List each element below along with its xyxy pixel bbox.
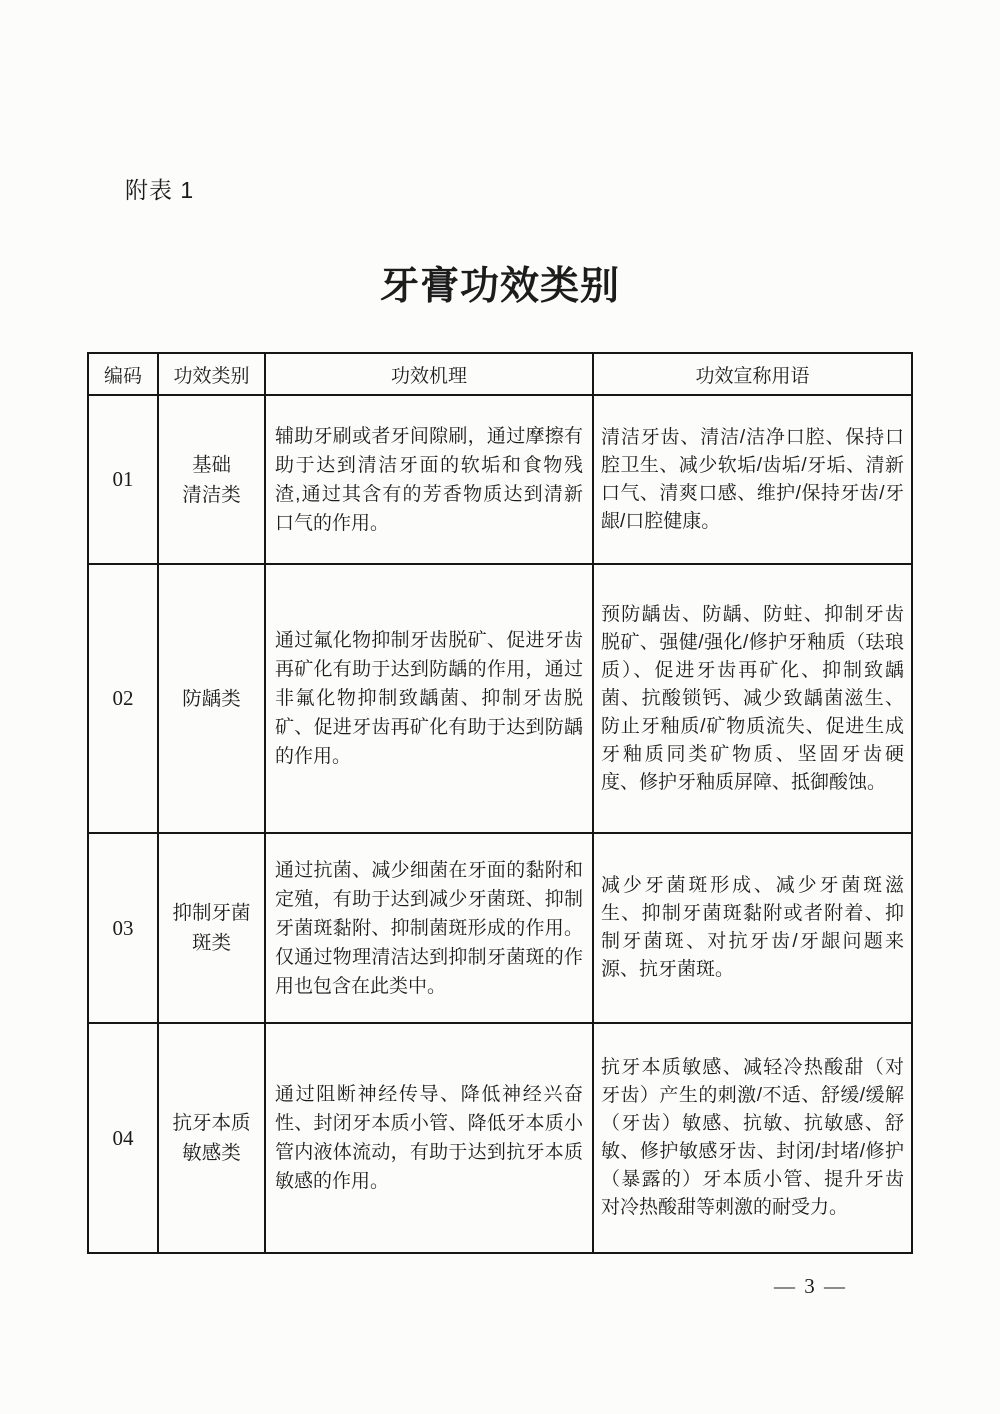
cell-code: 04 xyxy=(88,1023,158,1253)
cell-code: 02 xyxy=(88,564,158,833)
table-row: 01 基础 清洁类 辅助牙刷或者牙间隙刷，通过摩擦有助于达到清洁牙面的软垢和食物… xyxy=(88,395,912,564)
table-row: 03 抑制牙菌 斑类 通过抗菌、减少细菌在牙面的黏附和定殖，有助于达到减少牙菌斑… xyxy=(88,833,912,1023)
cell-mechanism: 辅助牙刷或者牙间隙刷，通过摩擦有助于达到清洁牙面的软垢和食物残渣,通过其含有的芳… xyxy=(265,395,593,564)
cell-mechanism: 通过氟化物抑制牙齿脱矿、促进牙齿再矿化有助于达到防龋的作用，通过非氟化物抑制致龋… xyxy=(265,564,593,833)
table-row: 04 抗牙本质 敏感类 通过阻断神经传导、降低神经兴奋性、封闭牙本质小管、降低牙… xyxy=(88,1023,912,1253)
table-header-row: 编码 功效类别 功效机理 功效宣称用语 xyxy=(88,353,912,395)
column-header-claims: 功效宣称用语 xyxy=(593,353,912,395)
attachment-table-label: 附表 1 xyxy=(125,172,194,205)
column-header-code: 编码 xyxy=(88,353,158,395)
cell-category: 抑制牙菌 斑类 xyxy=(158,833,265,1023)
cell-category: 基础 清洁类 xyxy=(158,395,265,564)
table-row: 02 防龋类 通过氟化物抑制牙齿脱矿、促进牙齿再矿化有助于达到防龋的作用，通过非… xyxy=(88,564,912,833)
cell-claims: 减少牙菌斑形成、减少牙菌斑滋生、抑制牙菌斑黏附或者附着、抑制牙菌斑、对抗牙齿/牙… xyxy=(593,833,912,1023)
column-header-mechanism: 功效机理 xyxy=(265,353,593,395)
document-page: 附表 1 牙膏功效类别 编码 功效类别 功效机理 功效宣称用语 01 基础 清洁… xyxy=(0,0,1000,1414)
cell-claims: 抗牙本质敏感、减轻冷热酸甜（对牙齿）产生的刺激/不适、舒缓/缓解（牙齿）敏感、抗… xyxy=(593,1023,912,1253)
cell-claims: 清洁牙齿、清洁/洁净口腔、保持口腔卫生、减少软垢/齿垢/牙垢、清新口气、清爽口感… xyxy=(593,395,912,564)
cell-mechanism: 通过抗菌、减少细菌在牙面的黏附和定殖，有助于达到减少牙菌斑、抑制牙菌斑黏附、抑制… xyxy=(265,833,593,1023)
cell-mechanism: 通过阻断神经传导、降低神经兴奋性、封闭牙本质小管、降低牙本质小管内液体流动，有助… xyxy=(265,1023,593,1253)
page-number: — 3 — xyxy=(774,1274,847,1299)
cell-category: 防龋类 xyxy=(158,564,265,833)
cell-category: 抗牙本质 敏感类 xyxy=(158,1023,265,1253)
page-title: 牙膏功效类别 xyxy=(0,255,1000,311)
efficacy-table: 编码 功效类别 功效机理 功效宣称用语 01 基础 清洁类 辅助牙刷或者牙间隙刷… xyxy=(87,352,913,1254)
column-header-category: 功效类别 xyxy=(158,353,265,395)
cell-code: 01 xyxy=(88,395,158,564)
cell-code: 03 xyxy=(88,833,158,1023)
efficacy-table-container: 编码 功效类别 功效机理 功效宣称用语 01 基础 清洁类 辅助牙刷或者牙间隙刷… xyxy=(87,352,911,1254)
cell-claims: 预防龋齿、防龋、防蛀、抑制牙齿脱矿、强健/强化/修护牙釉质（珐琅质）、促进牙齿再… xyxy=(593,564,912,833)
